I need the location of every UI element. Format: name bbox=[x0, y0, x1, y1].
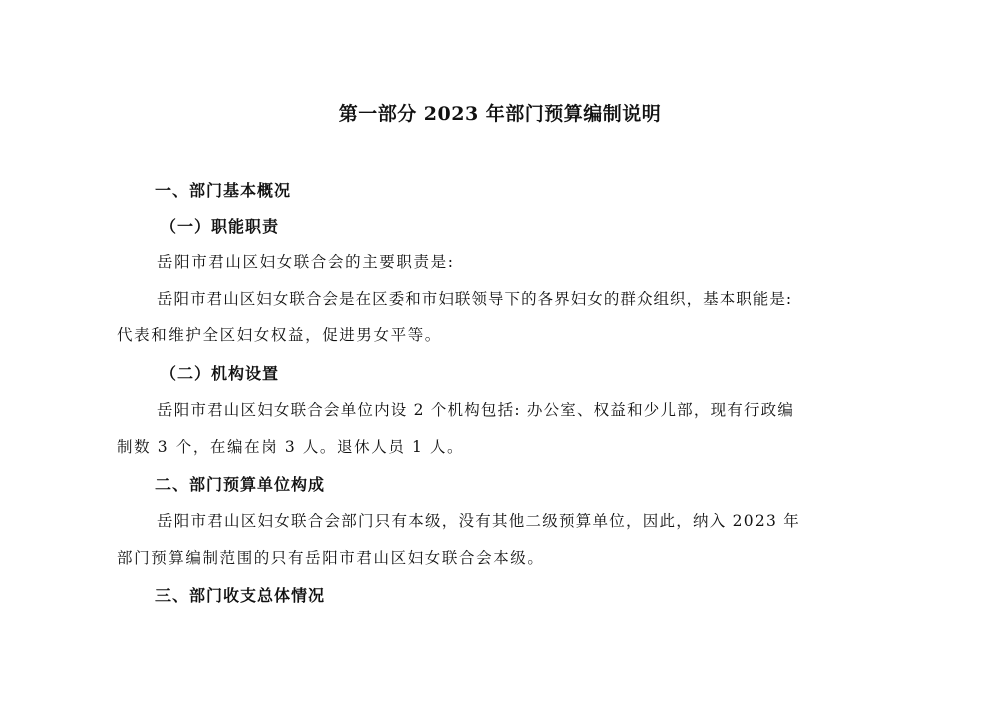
paragraph-line: 岳阳市君山区妇女联合会是在区委和市妇联领导下的各界妇女的群众组织，基本职能是: bbox=[157, 287, 792, 309]
section-heading-3: 三、部门收支总体情况 bbox=[155, 583, 325, 606]
paragraph-line: 岳阳市君山区妇女联合会部门只有本级，没有其他二级预算单位，因此，纳入 2023 … bbox=[157, 509, 800, 531]
subsection-heading-1-2: （二）机构设置 bbox=[160, 361, 279, 384]
subsection-heading-1-1: （一）职能职责 bbox=[160, 214, 279, 237]
paragraph-line: 岳阳市君山区妇女联合会的主要职责是: bbox=[157, 250, 455, 272]
paragraph-line: 部门预算编制范围的只有岳阳市君山区妇女联合会本级。 bbox=[117, 546, 545, 568]
paragraph-line: 制数 3 个，在编在岗 3 人。退休人员 1 人。 bbox=[117, 435, 464, 457]
document-title: 第一部分 2023 年部门预算编制说明 bbox=[0, 101, 1000, 127]
section-heading-1: 一、部门基本概况 bbox=[155, 178, 291, 201]
section-heading-2: 二、部门预算单位构成 bbox=[155, 472, 325, 495]
paragraph-line: 代表和维护全区妇女权益，促进男女平等。 bbox=[117, 323, 442, 345]
paragraph-line: 岳阳市君山区妇女联合会单位内设 2 个机构包括: 办公室、权益和少儿部，现有行政… bbox=[157, 398, 794, 420]
